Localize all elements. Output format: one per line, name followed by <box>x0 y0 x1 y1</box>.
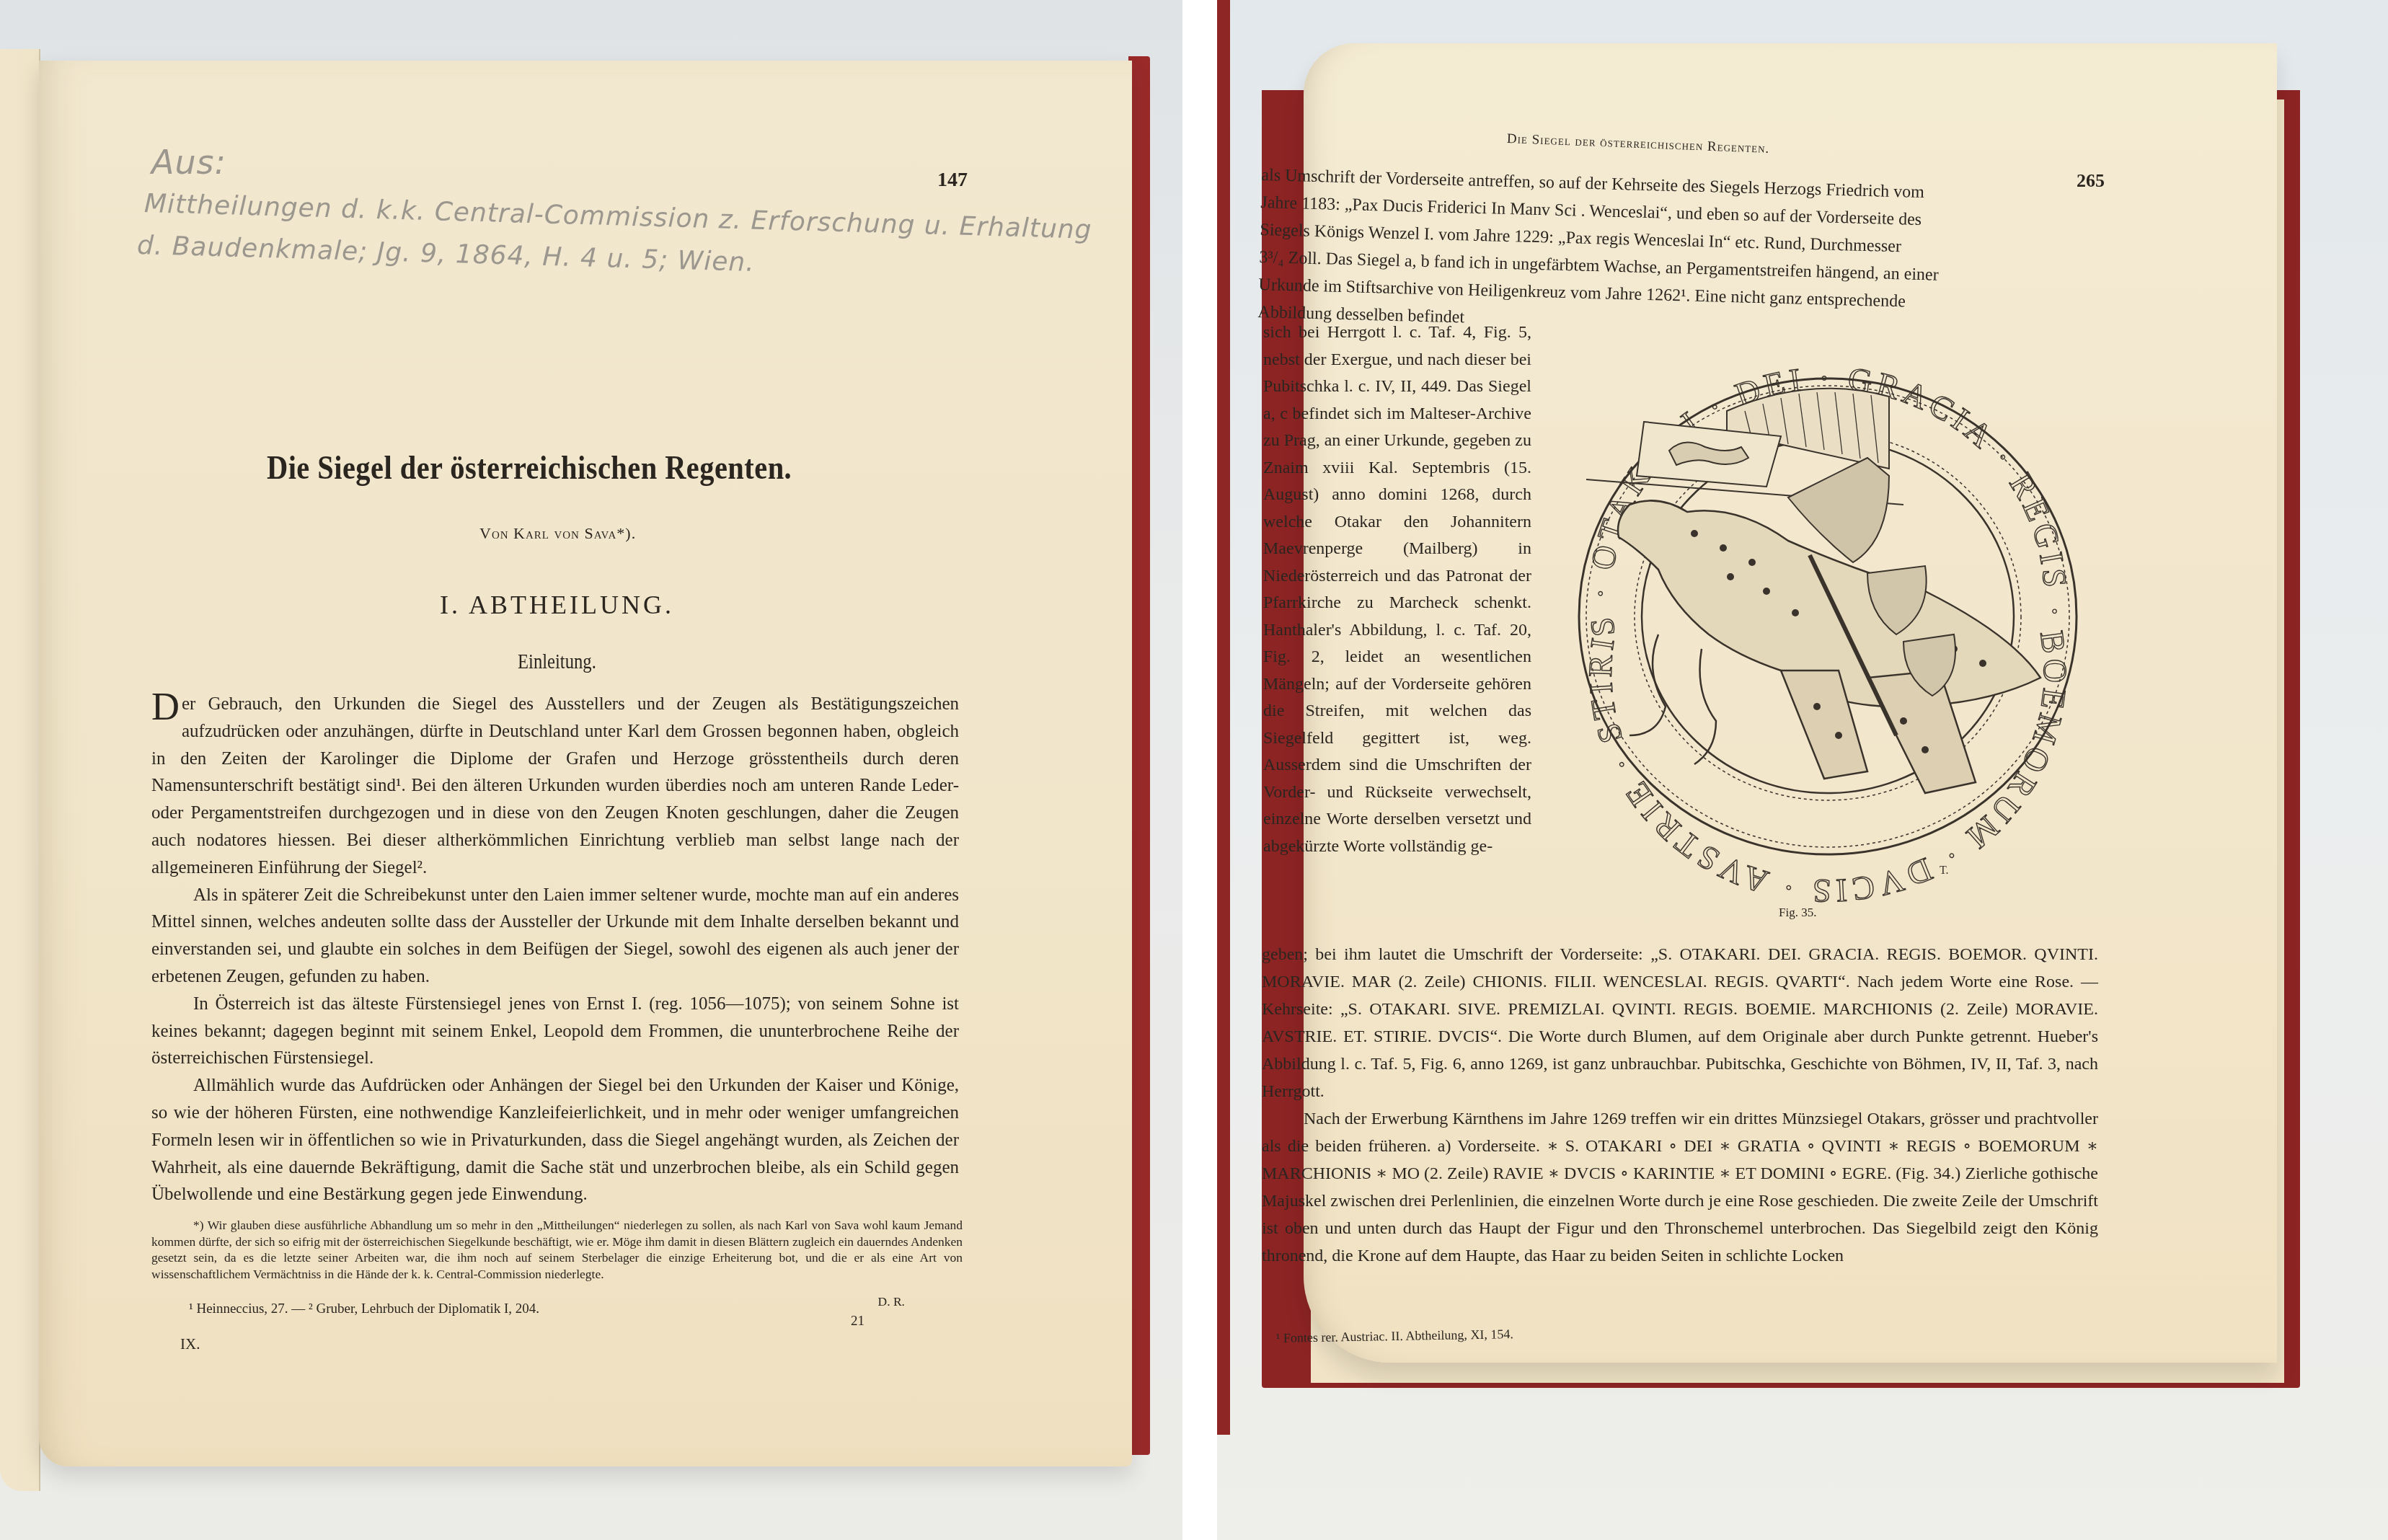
paragraph: geben; bei ihm lautet die Umschrift der … <box>1262 941 2098 1105</box>
author-footnote: *) Wir glauben diese ausführliche Abhand… <box>151 1217 963 1282</box>
article-title: Die Siegel der österreichischen Regenten… <box>267 448 792 487</box>
previous-page-edge <box>0 49 40 1491</box>
figure-caption: Fig. 35. <box>1779 906 1816 920</box>
paragraph: In Österreich ist das älteste Fürstensie… <box>151 991 959 1072</box>
subsection-heading: Einleitung. <box>518 650 596 674</box>
footnote-references: ¹ Heinneccius, 27. — ² Gruber, Lehrbuch … <box>189 1301 539 1317</box>
left-book-cover-edge <box>1217 0 1230 1435</box>
signature-mark: 21 <box>851 1314 864 1329</box>
footnote-signature: D. R. <box>878 1293 905 1310</box>
sheet-mark: IX. <box>180 1335 200 1353</box>
artist-mark: T. <box>1940 864 1949 877</box>
right-column-text: sich bei Herrgott l. c. Taf. 4, Fig. 5, … <box>1263 319 1531 860</box>
paragraph: Der Gebrauch, den Urkunden die Siegel de… <box>151 691 959 882</box>
photo-divider <box>1182 0 1217 1540</box>
left-page-number: 147 <box>937 169 968 192</box>
seal-illustration: S · OTAKARI · DEI · GRACIA · REGIS · BOE… <box>1550 332 2113 923</box>
left-body-text: Der Gebrauch, den Urkunden die Siegel de… <box>151 691 959 1208</box>
right-bottom-text: geben; bei ihm lautet die Umschrift der … <box>1262 941 2098 1270</box>
article-author: Von Karl von Sava*). <box>479 524 636 543</box>
drop-cap: D <box>151 692 180 721</box>
paragraph: Nach der Erwerbung Kärnthens im Jahre 12… <box>1262 1105 2098 1270</box>
paragraph: Allmählich wurde das Aufdrücken oder Anh… <box>151 1072 959 1208</box>
section-heading: I. ABTHEILUNG. <box>440 590 674 620</box>
pencil-note-line-1: Aus: <box>151 143 226 182</box>
paragraph: Als in späterer Zeit die Schreibekunst u… <box>151 882 959 991</box>
